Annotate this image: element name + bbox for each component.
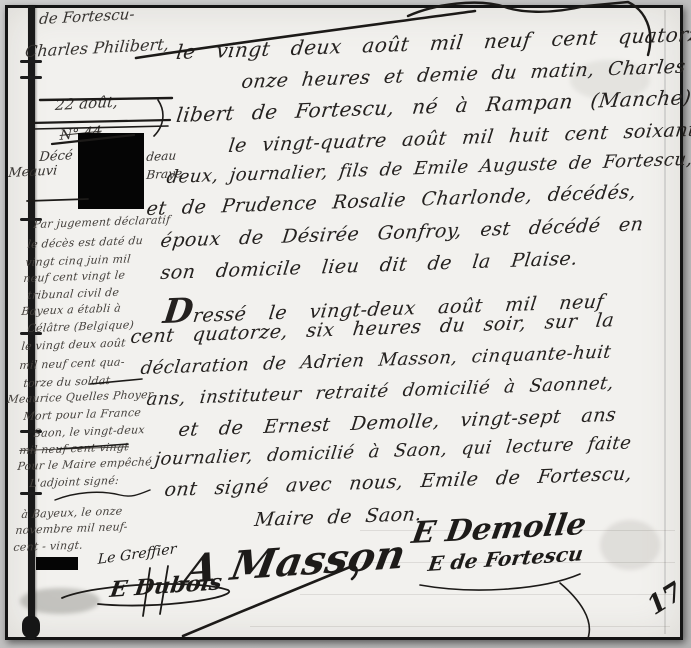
redaction-bar-small bbox=[36, 557, 78, 570]
ruled-line bbox=[300, 594, 675, 595]
margin-fragment: Décé bbox=[39, 148, 74, 165]
margin-date: 22 août, bbox=[54, 93, 118, 114]
binding-ink-blob bbox=[22, 616, 40, 638]
ruled-line bbox=[250, 626, 670, 627]
scanned-death-record: de Fortescu- Charles Philibert, 22 août,… bbox=[0, 0, 691, 648]
binding-stitch bbox=[20, 76, 42, 79]
margin-fragment: Meauvi bbox=[8, 163, 58, 181]
redaction-box-large bbox=[78, 133, 144, 209]
margin-annotation-line: cent - vingt. bbox=[13, 539, 84, 554]
binding-stitch bbox=[20, 492, 42, 495]
margin-fragment: deau bbox=[146, 148, 177, 164]
